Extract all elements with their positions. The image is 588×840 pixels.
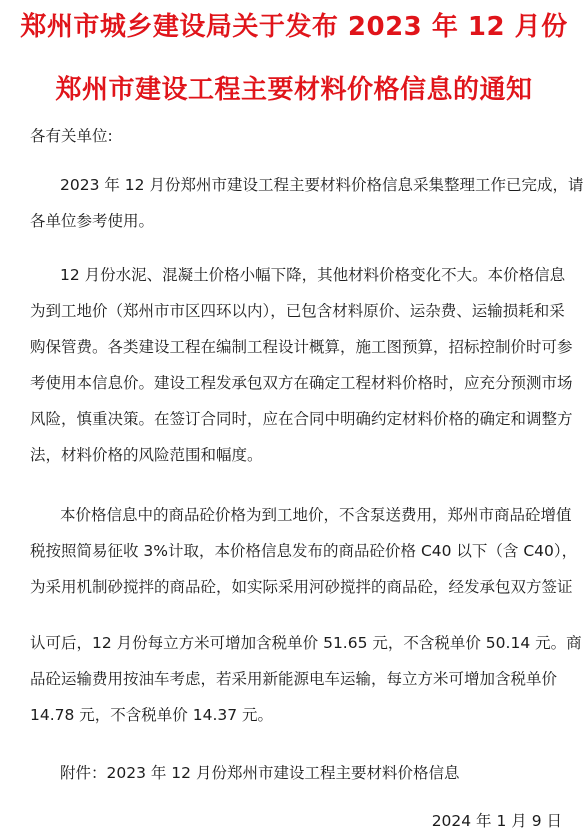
issue-date: 2024 年 1 月 9 日: [432, 811, 562, 831]
document-title-line-1: 郑州市城乡建设局关于发布 2023 年 12 月份: [0, 10, 588, 44]
paragraph-line: 12 月份水泥、混凝土价格小幅下降，其他材料价格变化不大。本价格信息: [60, 265, 564, 285]
paragraph-line: 考使用本信息价。建设工程发承包双方在确定工程材料价格时，应充分预测市场: [30, 373, 564, 393]
document-title-line-2: 郑州市建设工程主要材料价格信息的通知: [0, 73, 588, 107]
paragraph-line: 品砼运输费用按油车考虑，若采用新能源电车运输，每立方米可增加含税单价: [30, 669, 564, 689]
paragraph-line: 2023 年 12 月份郑州市建设工程主要材料价格信息采集整理工作已完成，请: [60, 175, 564, 195]
paragraph-line: 本价格信息中的商品砼价格为到工地价，不含泵送费用，郑州市商品砼增值: [60, 505, 564, 525]
paragraph-line: 各单位参考使用。: [30, 211, 564, 231]
paragraph-line: 为采用机制砂搅拌的商品砼，如实际采用河砂搅拌的商品砼，经发承包双方签证: [30, 577, 564, 597]
salutation: 各有关单位:: [30, 126, 564, 146]
attachment-note: 附件：2023 年 12 月份郑州市建设工程主要材料价格信息: [60, 763, 564, 783]
paragraph-line: 法，材料价格的风险范围和幅度。: [30, 445, 564, 465]
paragraph-line: 风险，慎重决策。在签订合同时，应在合同中明确约定材料价格的确定和调整方: [30, 409, 564, 429]
paragraph-line: 认可后，12 月份每立方米可增加含税单价 51.65 元，不含税单价 50.14…: [30, 633, 564, 653]
paragraph-line: 税按照简易征收 3%计取，本价格信息发布的商品砼价格 C40 以下（含 C40）…: [30, 541, 564, 561]
paragraph-line: 为到工地价（郑州市市区四环以内），已包含材料原价、运杂费、运输损耗和采: [30, 301, 564, 321]
paragraph-line: 14.78 元，不含税单价 14.37 元。: [30, 705, 564, 725]
paragraph-line: 购保管费。各类建设工程在编制工程设计概算，施工图预算，招标控制价时可参: [30, 337, 564, 357]
